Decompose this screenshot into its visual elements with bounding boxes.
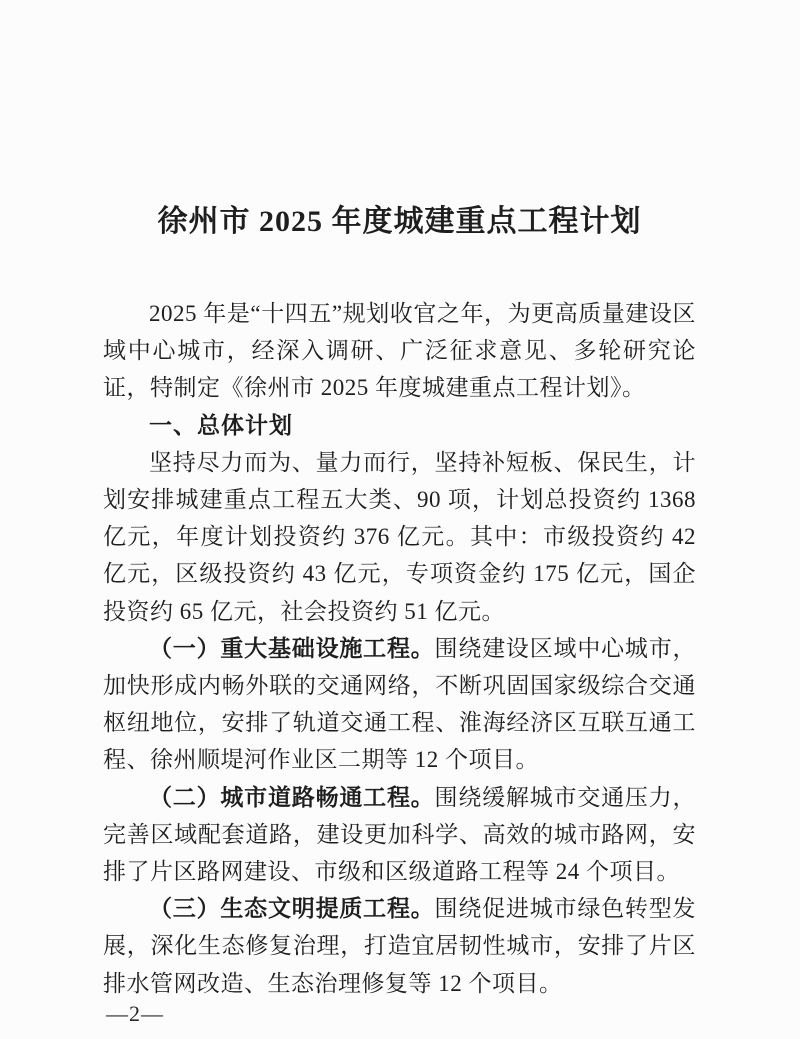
item-3-lead: （三）生态文明提质工程。 <box>149 896 435 921</box>
intro-paragraph: 2025 年是“十四五”规划收官之年，为更高质量建设区域中心城市，经深入调研、广… <box>103 295 696 407</box>
item-paragraph-ecology: （三）生态文明提质工程。围绕促进城市绿色转型发展，深化生态修复治理，打造宜居韧性… <box>103 890 696 1002</box>
item-paragraph-roads: （二）城市道路畅通工程。围绕缓解城市交通压力，完善区域配套道路，建设更加科学、高… <box>103 779 696 891</box>
item-paragraph-infrastructure: （一）重大基础设施工程。围绕建设区域中心城市，加快形成内畅外联的交通网络，不断巩… <box>103 630 696 779</box>
item-2-lead: （二）城市道路畅通工程。 <box>149 785 435 810</box>
document-title: 徐州市 2025 年度城建重点工程计划 <box>103 200 696 244</box>
item-1-lead: （一）重大基础设施工程。 <box>149 636 435 661</box>
document-page: 徐州市 2025 年度城建重点工程计划 2025 年是“十四五”规划收官之年，为… <box>0 0 800 1039</box>
intro-text: 2025 年是“十四五”规划收官之年，为更高质量建设区域中心城市，经深入调研、广… <box>103 301 696 400</box>
section-heading-overall-plan: 一、总体计划 <box>103 407 696 444</box>
page-number: —2— <box>106 1001 164 1027</box>
overview-paragraph: 坚持尽力而为、量力而行，坚持补短板、保民生，计划安排城建重点工程五大类、90 项… <box>103 444 696 630</box>
overview-text: 坚持尽力而为、量力而行，坚持补短板、保民生，计划安排城建重点工程五大类、90 项… <box>103 450 696 624</box>
